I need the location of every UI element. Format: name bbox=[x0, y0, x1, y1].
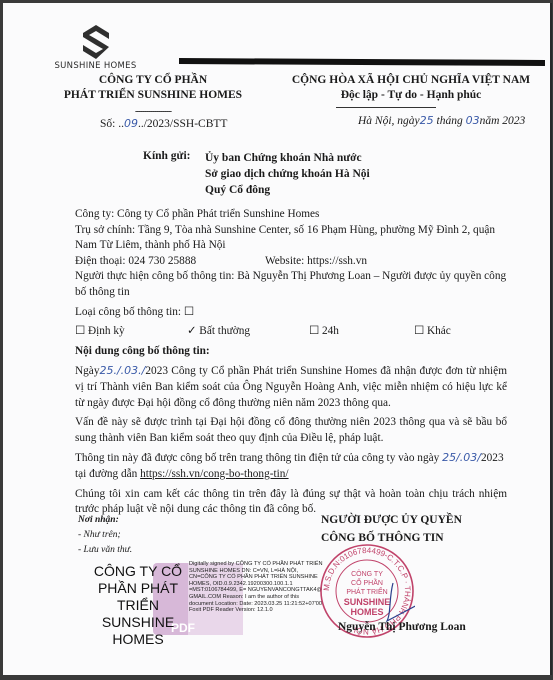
document-page: SUNSHINE HOMES CÔNG TY CỔ PHẦN PHÁT TRIỂ… bbox=[3, 3, 552, 675]
redaction-bar bbox=[179, 58, 545, 66]
recipient-item: Sở giao dịch chứng khoán Hà Nội bbox=[205, 166, 370, 182]
content-paragraph-1: Ngày25./.03./2023 Công ty Cổ phần Phát t… bbox=[75, 363, 507, 411]
content-paragraph-3: Thông tin này đã được công bố trên trang… bbox=[75, 450, 507, 482]
recipients-footer-title: Nơi nhận: bbox=[78, 513, 132, 528]
disclosure-link[interactable]: https://ssh.vn/cong-bo-thong-tin/ bbox=[140, 468, 288, 480]
option-24h[interactable]: ☐ 24h bbox=[309, 324, 414, 340]
checkbox-empty-icon[interactable]: ☐ bbox=[75, 324, 85, 340]
authorized-line1: NGƯỜI ĐƯỢC ỦY QUYỀN bbox=[321, 511, 521, 529]
authorized-name: Nguyễn Thị Phương Loan bbox=[338, 621, 466, 633]
discloser-line: Người thực hiện công bố thông tin: Bà Ng… bbox=[75, 269, 507, 300]
company-header-divider: ------------------ bbox=[48, 106, 258, 116]
disclosure-type-options: ☐ Định kỳ ✓ Bất thường ☐ 24h ☐ Khác bbox=[75, 324, 507, 340]
svg-text:PHÁT TRIỂN: PHÁT TRIỂN bbox=[346, 587, 387, 596]
svg-text:CÔNG TY: CÔNG TY bbox=[351, 569, 383, 578]
recipient-item: Ủy ban Chứng khoán Nhà nước bbox=[205, 150, 370, 166]
date-day-handwritten: 25 bbox=[420, 114, 434, 127]
svg-text:HOMES: HOMES bbox=[350, 607, 383, 617]
company-phone: Điện thoại: 024 730 25888 bbox=[75, 254, 265, 270]
content-paragraph-2: Vấn đề này sẽ được trình tại Đại hội đồn… bbox=[75, 415, 507, 446]
recipients-list: Ủy ban Chứng khoán Nhà nước Sở giao dịch… bbox=[205, 150, 370, 198]
company-logo: SUNSHINE HOMES bbox=[43, 25, 148, 71]
document-number-handwritten: 09 bbox=[124, 117, 138, 130]
option-periodic[interactable]: ☐ Định kỳ bbox=[75, 324, 187, 340]
company-name-line: Công ty: Công ty Cổ phần Phát triển Suns… bbox=[75, 207, 507, 223]
svg-text:CỔ PHẦN: CỔ PHẦN bbox=[351, 577, 383, 587]
logo-brand-text: SUNSHINE HOMES bbox=[43, 61, 148, 71]
company-header-line1: CÔNG TY CỔ PHẦN bbox=[48, 73, 258, 88]
checkbox-empty-icon[interactable]: ☐ bbox=[309, 324, 319, 340]
digital-signature-details[interactable]: Digitally signed by CÔNG TY CỔ PHẦN PHÁT… bbox=[189, 561, 324, 614]
republic-header-motto: Độc lập - Tự do - Hạnh phúc bbox=[275, 88, 547, 103]
document-body: Công ty: Công ty Cổ phần Phát triển Suns… bbox=[75, 207, 507, 518]
disclosure-type-label: Loại công bố thông tin: ☐ bbox=[75, 305, 507, 321]
republic-header-divider bbox=[336, 107, 436, 108]
checkbox-empty-icon[interactable]: ☐ bbox=[414, 324, 424, 340]
content-heading: Nội dung công bố thông tin: bbox=[75, 344, 507, 360]
svg-text:SUNSHINE: SUNSHINE bbox=[344, 597, 391, 607]
company-website: Website: https://ssh.vn bbox=[265, 254, 367, 270]
document-number: Số: ..09../2023/SSH-CBTT bbox=[100, 117, 227, 130]
company-header: CÔNG TY CỔ PHẦN PHÁT TRIỂN SUNSHINE HOME… bbox=[48, 73, 258, 103]
option-irregular[interactable]: ✓ Bất thường bbox=[187, 324, 309, 340]
republic-header-line1: CỘNG HÒA XÃ HỘI CHỦ NGHĨA VIỆT NAM bbox=[275, 73, 547, 88]
recipients-footer: Nơi nhận: - Như trên; - Lưu văn thư. bbox=[78, 513, 132, 558]
recipients-footer-item: - Lưu văn thư. bbox=[78, 543, 132, 558]
company-header-line2: PHÁT TRIỂN SUNSHINE HOMES bbox=[48, 88, 258, 103]
contact-row: Điện thoại: 024 730 25888 Website: https… bbox=[75, 254, 507, 270]
recipient-item: Quý Cổ đông bbox=[205, 182, 370, 198]
republic-header: CỘNG HÒA XÃ HỘI CHỦ NGHĨA VIỆT NAM Độc l… bbox=[275, 73, 547, 103]
sunshine-logo-icon bbox=[83, 25, 109, 59]
checkmark-icon[interactable]: ✓ bbox=[187, 324, 196, 340]
authorized-signatory-title: NGƯỜI ĐƯỢC ỦY QUYỀN CÔNG BỐ THÔNG TIN bbox=[321, 511, 521, 547]
recipients-footer-item: - Như trên; bbox=[78, 528, 132, 543]
handwritten-date: 25./.03./ bbox=[99, 364, 145, 377]
document-date: Hà Nội, ngày25 tháng 03năm 2023 bbox=[358, 114, 525, 127]
handwritten-date: 25/.03/ bbox=[442, 451, 481, 464]
digital-signature-signer: CÔNG TY CỔ PHẦN PHÁT TRIỂN SUNSHINE HOME… bbox=[83, 563, 193, 648]
company-address: Trụ sở chính: Tầng 9, Tòa nhà Sunshine C… bbox=[75, 223, 507, 254]
date-month-handwritten: 03 bbox=[466, 114, 480, 127]
recipients-label: Kính gửi: bbox=[143, 150, 190, 162]
option-other[interactable]: ☐ Khác bbox=[414, 324, 451, 340]
